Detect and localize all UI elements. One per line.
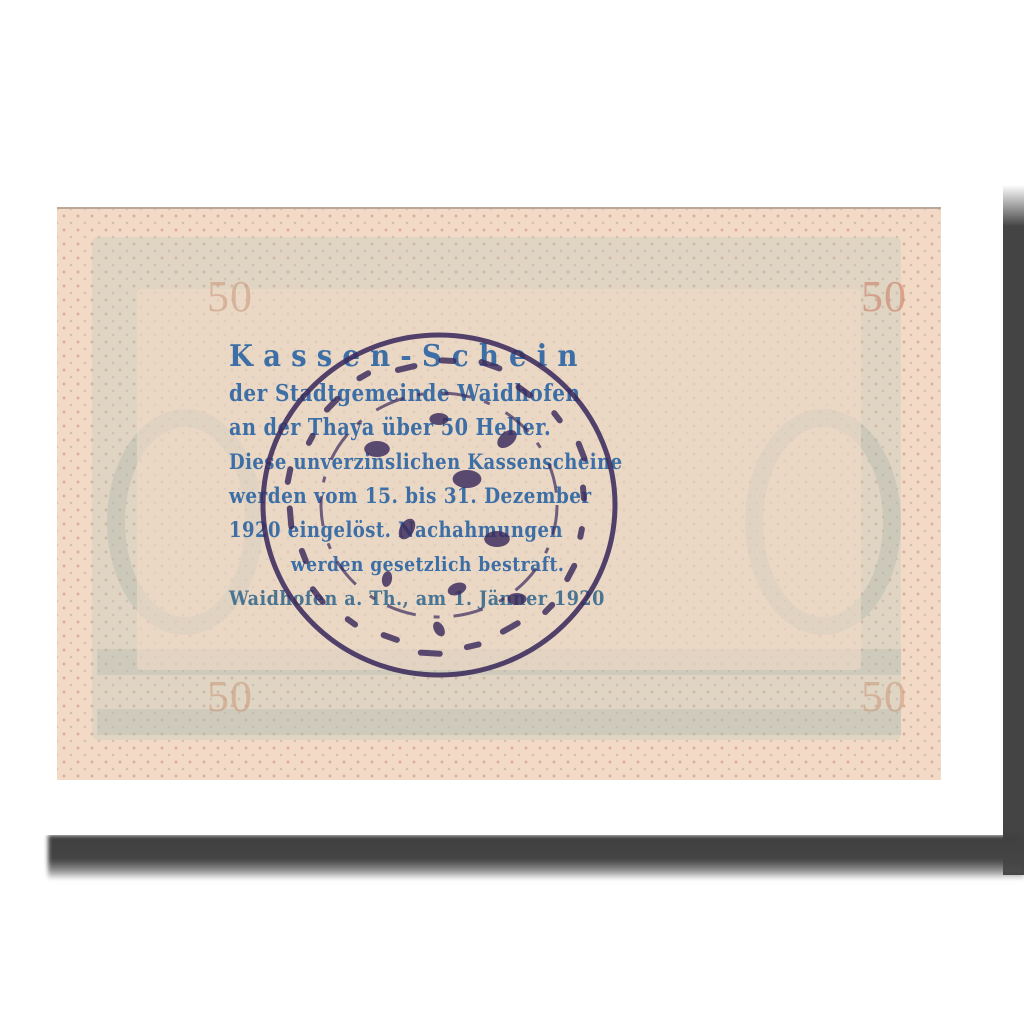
text-line-penalty: werden gesetzlich bestraft. xyxy=(229,547,693,581)
corner-numeral-top-right: 50 xyxy=(861,271,907,322)
text-line-terms-1: Diese unverzinslichen Kassenscheine xyxy=(229,445,693,479)
text-line-terms-2: werden vom 15. bis 31. Dezember xyxy=(229,479,704,513)
text-line-terms-3: 1920 eingelöst. Nachahmungen xyxy=(229,513,693,547)
text-line-value: an der Thaya über 50 Heller. xyxy=(229,411,683,445)
banknote: 50 50 50 50 Kassen-Schein der Stadtgemei… xyxy=(57,207,941,780)
corner-numeral-bottom-right: 50 xyxy=(861,671,907,722)
text-line-issuer: der Stadtgemeinde Waidhofen xyxy=(229,377,699,411)
shadow-bottom xyxy=(48,835,1024,880)
banknote-text: Kassen-Schein der Stadtgemeinde Waidhofe… xyxy=(229,337,769,615)
text-line-place-date: Waidhofen a. Th., am 1. Jänner 1920 xyxy=(229,581,704,615)
shadow-right xyxy=(1003,185,1024,875)
banknote-title: Kassen-Schein xyxy=(229,337,726,377)
corner-numeral-bottom-left: 50 xyxy=(207,671,253,722)
corner-numeral-top-left: 50 xyxy=(207,271,253,322)
